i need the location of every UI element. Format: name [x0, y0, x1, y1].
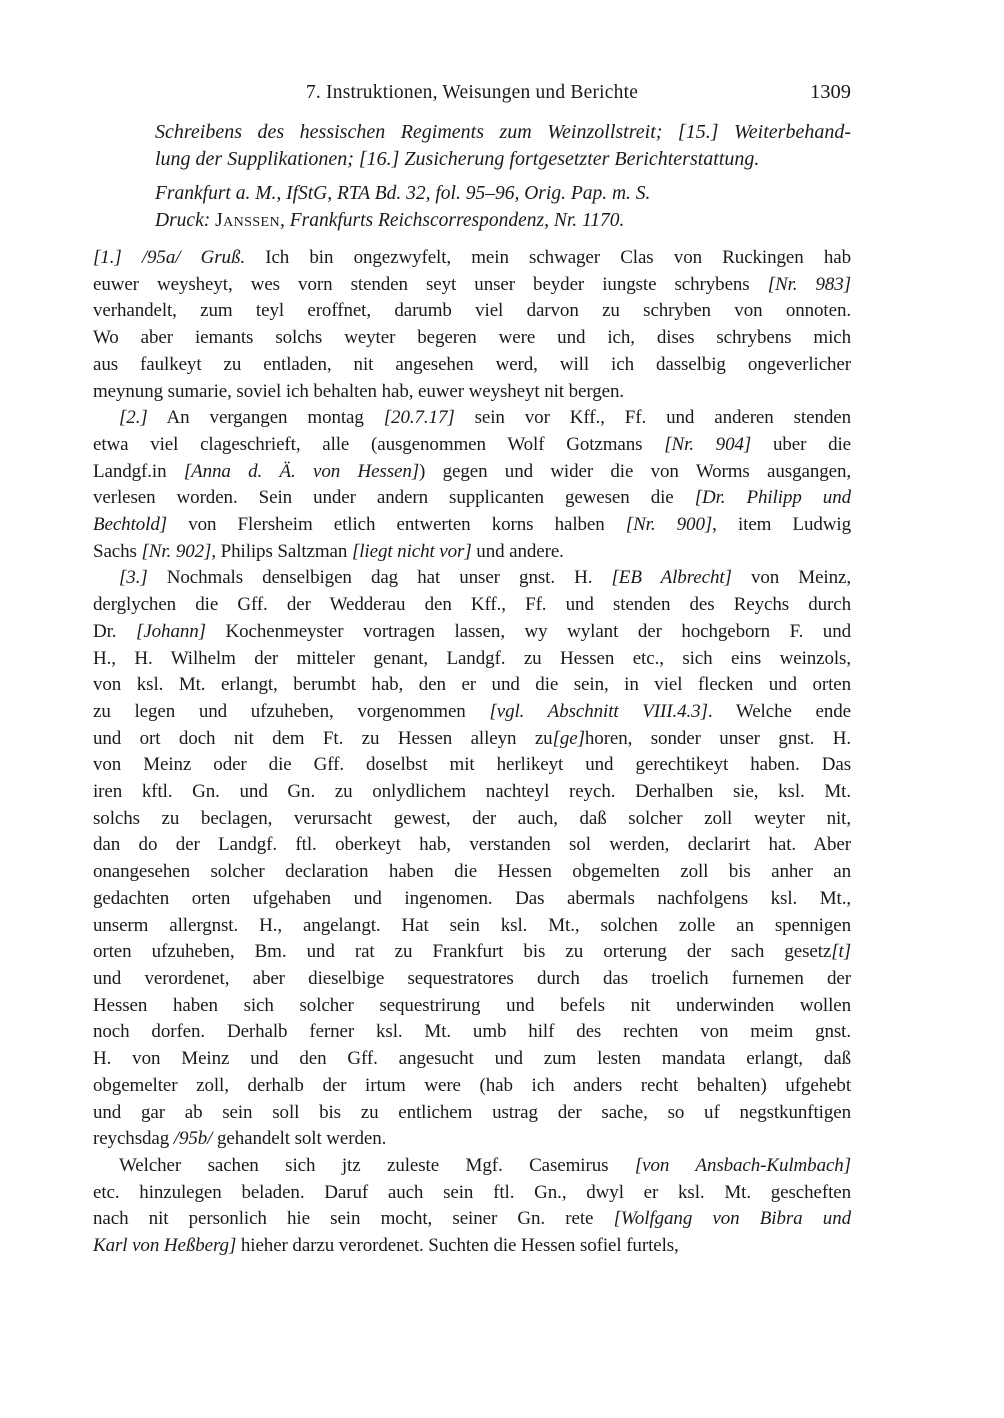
italic-text-segment: Bechtold] — [93, 514, 167, 535]
text-line: und verordenet, aber dieselbige sequestr… — [93, 966, 851, 993]
running-title: 7. Instruktionen, Weisungen und Berichte — [93, 82, 851, 104]
text-line: gedachten orten ufgehaben und ingenomen.… — [93, 886, 851, 913]
text-line: derglychen die Gff. der Wedderau den Kff… — [93, 592, 851, 619]
text-line: Wo aber iemants solchs weyter begeren we… — [93, 325, 851, 352]
text-segment: Kochenmeyster vortragen lassen, wy wylan… — [206, 621, 851, 642]
text-segment: Landgf.in — [93, 461, 184, 482]
text-segment: Welcher sachen sich jtz zuleste Mgf. Cas… — [119, 1155, 635, 1176]
text-segment: von Meinz oder die Gff. doselbst mit her… — [93, 754, 851, 775]
italic-text-segment: [1.] /95a/ Gruß. — [93, 247, 245, 268]
text-segment: onangesehen solcher declaration haben di… — [93, 861, 851, 882]
italic-text-segment: [Anna d. Ä. von Hessen] — [184, 461, 419, 482]
text-segment: und verordenet, aber dieselbige sequestr… — [93, 968, 851, 989]
text-segment: gehandelt solt werden. — [212, 1128, 386, 1149]
text-line: reychsdag /95b/ gehandelt solt werden. — [93, 1126, 851, 1153]
text-line: von Meinz oder die Gff. doselbst mit her… — [93, 752, 851, 779]
text-segment: meynung sumarie, soviel ich behalten hab… — [93, 381, 624, 402]
text-segment: obgemelter zoll, derhalb der irtum were … — [93, 1075, 851, 1096]
document-body: [1.] /95a/ Gruß. Ich bin ongezwyfelt, me… — [93, 245, 851, 1260]
text-line: noch dorfen. Derhalb ferner ksl. Mt. umb… — [93, 1019, 851, 1046]
text-line: unserm allergnst. H., angelangt. Hat sei… — [93, 913, 851, 940]
text-segment: Wo aber iemants solchs weyter begeren we… — [93, 327, 851, 348]
italic-text-segment: [Nr. 900] — [626, 514, 712, 535]
smallcaps-text-segment: Janssen — [215, 210, 280, 231]
italic-text-segment: Schreibens des hessischen Regiments zum … — [155, 121, 851, 143]
document-caption: Schreibens des hessischen Regiments zum … — [155, 119, 851, 173]
paragraph: [2.] An vergangen montag [20.7.17] sein … — [93, 405, 851, 565]
source-reference: Frankfurt a. M., IfStG, RTA Bd. 32, fol.… — [155, 180, 851, 234]
italic-text-segment: [Johann] — [136, 621, 206, 642]
italic-text-segment: [vgl. Abschnitt VIII.4.3] — [489, 701, 707, 722]
text-segment: unserm allergnst. H., angelangt. Hat sei… — [93, 915, 851, 936]
italic-text-segment: , Frankfurts Reichscorrespondenz, Nr. 11… — [280, 210, 624, 231]
text-segment: Hessen haben sich solcher sequestrirung … — [93, 995, 851, 1016]
text-segment: Ich bin ongezwyfelt, mein schwager Clas … — [245, 247, 851, 268]
text-segment: euwer weysheyt, wes vorn stenden seyt un… — [93, 274, 768, 295]
text-line: [1.] /95a/ Gruß. Ich bin ongezwyfelt, me… — [93, 245, 851, 272]
text-segment: Sachs — [93, 541, 141, 562]
text-line: Landgf.in [Anna d. Ä. von Hessen]) gegen… — [93, 459, 851, 486]
text-segment: reychsdag — [93, 1128, 174, 1149]
text-line: Hessen haben sich solcher sequestrirung … — [93, 993, 851, 1020]
text-line: dan do der Landgf. ftl. oberkeyt hab, ve… — [93, 832, 851, 859]
text-segment: . Welche ende — [708, 701, 851, 722]
text-segment: iren kftl. Gn. und Gn. zu onlydlichem na… — [93, 781, 851, 802]
text-line: aus faulkeyt zu entladen, nit angesehen … — [93, 352, 851, 379]
text-line: [2.] An vergangen montag [20.7.17] sein … — [93, 405, 851, 432]
text-segment: ) gegen und wider die von Worms ausgange… — [419, 461, 851, 482]
text-line: von ksl. Mt. erlangt, berumbt hab, den e… — [93, 672, 851, 699]
text-segment: von ksl. Mt. erlangt, berumbt hab, den e… — [93, 674, 851, 695]
text-line: onangesehen solcher declaration haben di… — [93, 859, 851, 886]
text-segment: hieher darzu verordenet. Suchten die Hes… — [236, 1235, 678, 1256]
italic-text-segment: [Dr. Philipp und — [695, 487, 851, 508]
italic-text-segment: [3.] — [119, 567, 148, 588]
text-segment: orten ufzuheben, Bm. und rat zu Frankfur… — [93, 941, 831, 962]
text-segment: uber die — [751, 434, 851, 455]
text-segment: etc. hinzulegen beladen. Daruf auch sein… — [93, 1182, 851, 1203]
text-segment: von Flersheim etlich entwerten korns hal… — [167, 514, 626, 535]
text-line: solchs zu beclagen, verursacht gewest, d… — [93, 806, 851, 833]
italic-text-segment: Druck: — [155, 210, 215, 231]
italic-text-segment: [t] — [831, 941, 851, 962]
text-segment: solchs zu beclagen, verursacht gewest, d… — [93, 808, 851, 829]
italic-text-segment: lung der Supplikationen; [16.] Zusicheru… — [155, 148, 759, 170]
text-line: und gar ab sein soll bis zu entlichem us… — [93, 1100, 851, 1127]
text-segment: H. von Meinz und den Gff. angesucht und … — [93, 1048, 851, 1069]
text-line: zu legen und ufzuheben, vorgenommen [vgl… — [93, 699, 851, 726]
text-segment: nach nit personlich hie sein mocht, sein… — [93, 1208, 614, 1229]
text-segment: zu legen und ufzuheben, vorgenommen — [93, 701, 489, 722]
text-line: Druck: Janssen, Frankfurts Reichscorresp… — [155, 207, 851, 234]
paragraph: [3.] Nochmals denselbigen dag hat unser … — [93, 565, 851, 1152]
italic-text-segment: [Nr. 983] — [768, 274, 851, 295]
page-number: 1309 — [810, 81, 851, 104]
text-segment: Dr. — [93, 621, 136, 642]
text-line: und ort doch nit dem Ft. zu Hessen alley… — [93, 726, 851, 753]
italic-text-segment: Frankfurt a. M., IfStG, RTA Bd. 32, fol.… — [155, 183, 650, 204]
book-page: 7. Instruktionen, Weisungen und Berichte… — [0, 0, 1004, 1418]
text-line: etc. hinzulegen beladen. Daruf auch sein… — [93, 1180, 851, 1207]
text-line: Karl von Heßberg] hieher darzu verordene… — [93, 1233, 851, 1260]
text-line: H., H. Wilhelm der mitteler genant, Land… — [93, 646, 851, 673]
italic-text-segment: [Nr. 902] — [141, 541, 211, 562]
paragraph: [1.] /95a/ Gruß. Ich bin ongezwyfelt, me… — [93, 245, 851, 405]
text-line: iren kftl. Gn. und Gn. zu onlydlichem na… — [93, 779, 851, 806]
text-line: Frankfurt a. M., IfStG, RTA Bd. 32, fol.… — [155, 180, 851, 207]
italic-text-segment: [2.] — [119, 407, 148, 428]
text-line: verlesen worden. Sein under andern suppl… — [93, 485, 851, 512]
text-line: meynung sumarie, soviel ich behalten hab… — [93, 379, 851, 406]
text-line: [3.] Nochmals denselbigen dag hat unser … — [93, 565, 851, 592]
italic-text-segment: [liegt nicht vor] — [352, 541, 472, 562]
text-segment: von Meinz, — [732, 567, 851, 588]
text-line: H. von Meinz und den Gff. angesucht und … — [93, 1046, 851, 1073]
text-segment: Nochmals denselbigen dag hat unser gnst.… — [148, 567, 612, 588]
text-segment: verlesen worden. Sein under andern suppl… — [93, 487, 695, 508]
text-segment: An vergangen montag — [148, 407, 384, 428]
text-line: Dr. [Johann] Kochenmeyster vortragen las… — [93, 619, 851, 646]
text-segment: noch dorfen. Derhalb ferner ksl. Mt. umb… — [93, 1021, 851, 1042]
paragraph: Welcher sachen sich jtz zuleste Mgf. Cas… — [93, 1153, 851, 1260]
italic-text-segment: [ge] — [553, 728, 585, 749]
text-line: orten ufzuheben, Bm. und rat zu Frankfur… — [93, 939, 851, 966]
italic-text-segment: [von Ansbach-Kulmbach] — [635, 1155, 851, 1176]
text-segment: dan do der Landgf. ftl. oberkeyt hab, ve… — [93, 834, 851, 855]
text-segment: derglychen die Gff. der Wedderau den Kff… — [93, 594, 851, 615]
text-line: verhandelt, zum teyl eroffnet, darumb vi… — [93, 298, 851, 325]
italic-text-segment: [20.7.17] — [384, 407, 455, 428]
text-line: nach nit personlich hie sein mocht, sein… — [93, 1206, 851, 1233]
text-segment: aus faulkeyt zu entladen, nit angesehen … — [93, 354, 851, 375]
text-segment: H., H. Wilhelm der mitteler genant, Land… — [93, 648, 851, 669]
text-segment: und andere. — [472, 541, 564, 562]
text-segment: , Philips Saltzman — [211, 541, 352, 562]
text-line: euwer weysheyt, wes vorn stenden seyt un… — [93, 272, 851, 299]
text-line: lung der Supplikationen; [16.] Zusicheru… — [155, 146, 851, 173]
italic-text-segment: [Wolfgang von Bibra und — [614, 1208, 851, 1229]
text-line: Welcher sachen sich jtz zuleste Mgf. Cas… — [93, 1153, 851, 1180]
italic-text-segment: /95b/ — [174, 1128, 213, 1149]
text-line: Sachs [Nr. 902], Philips Saltzman [liegt… — [93, 539, 851, 566]
italic-text-segment: [Nr. 904] — [664, 434, 751, 455]
running-header: 7. Instruktionen, Weisungen und Berichte… — [93, 82, 851, 108]
text-segment: etwa viel clageschrieft, alle (ausgenomm… — [93, 434, 664, 455]
text-segment: verhandelt, zum teyl eroffnet, darumb vi… — [93, 300, 851, 321]
text-segment: horen, sonder unser gnst. H. — [585, 728, 851, 749]
text-line: etwa viel clageschrieft, alle (ausgenomm… — [93, 432, 851, 459]
text-line: obgemelter zoll, derhalb der irtum were … — [93, 1073, 851, 1100]
italic-text-segment: Karl von Heßberg] — [93, 1235, 236, 1256]
text-segment: sein vor Kff., Ff. und anderen stenden — [455, 407, 851, 428]
text-line: Bechtold] von Flersheim etlich entwerten… — [93, 512, 851, 539]
text-segment: , item Ludwig — [712, 514, 851, 535]
text-segment: und gar ab sein soll bis zu entlichem us… — [93, 1102, 851, 1123]
text-segment: gedachten orten ufgehaben und ingenomen.… — [93, 888, 851, 909]
text-line: Schreibens des hessischen Regiments zum … — [155, 119, 851, 146]
italic-text-segment: [EB Albrecht] — [612, 567, 732, 588]
text-segment: und ort doch nit dem Ft. zu Hessen alley… — [93, 728, 553, 749]
